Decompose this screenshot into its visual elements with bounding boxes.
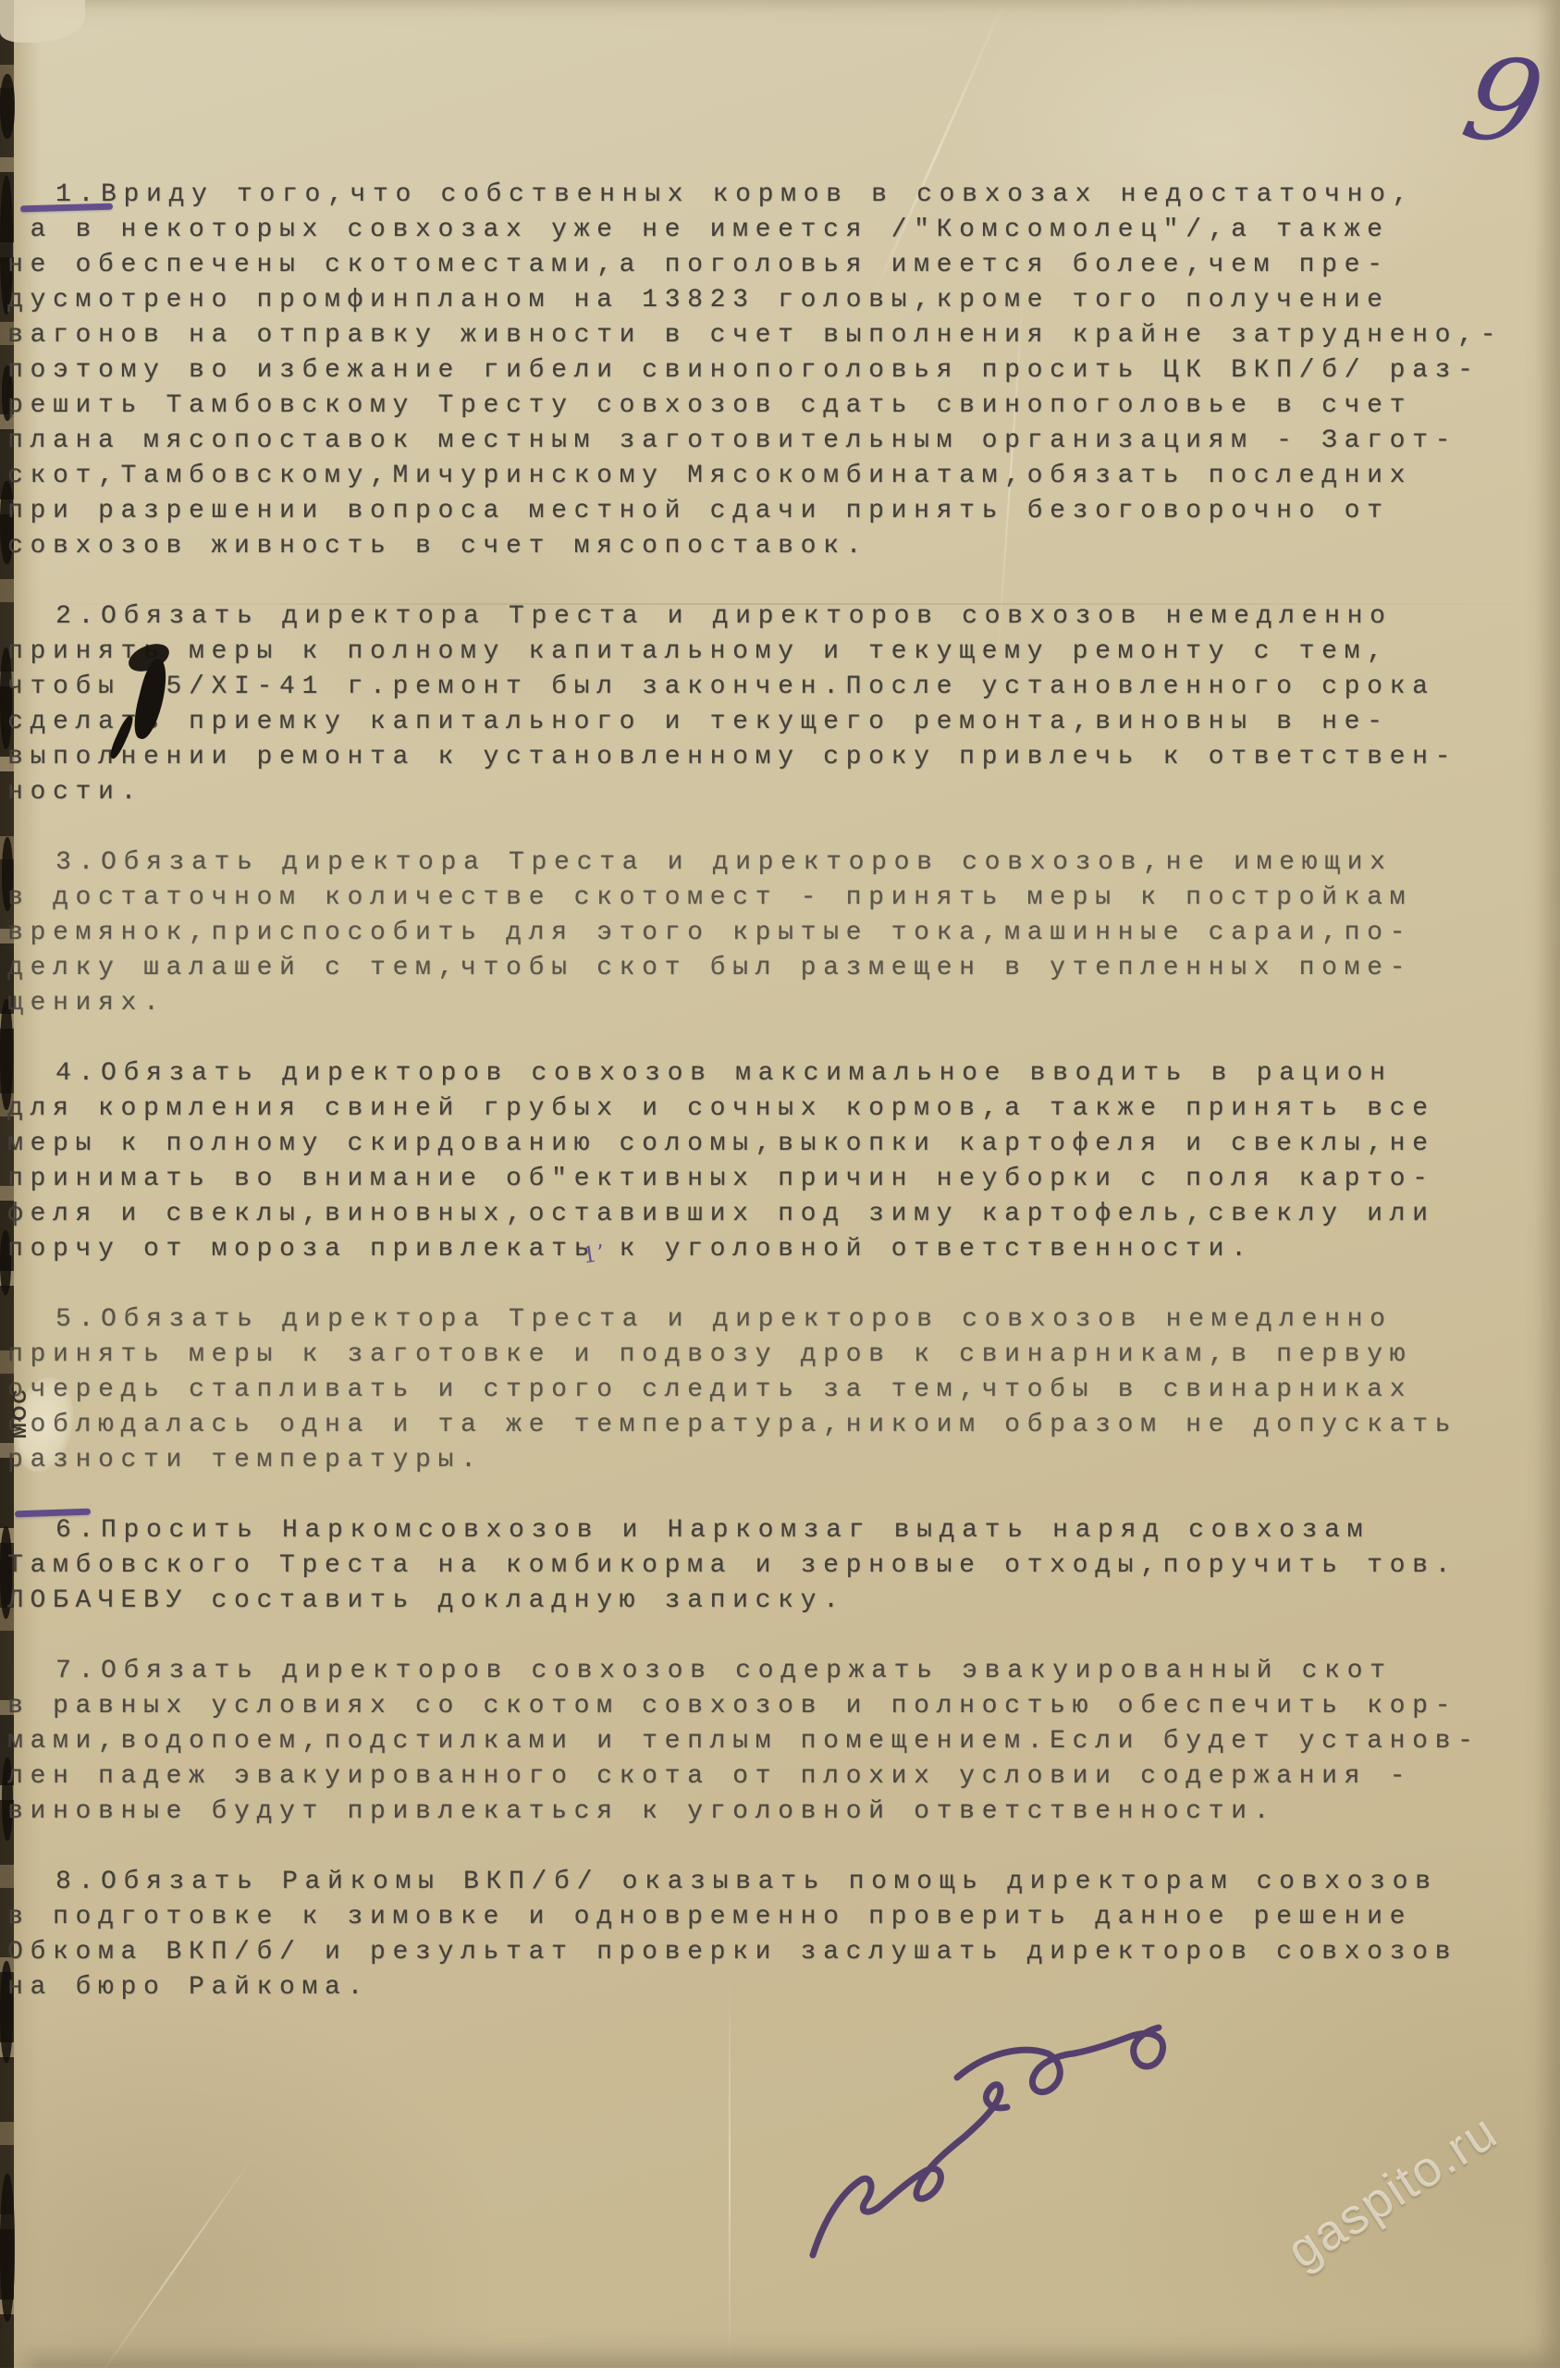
- text-line: вагонов на отправку живности в счет выпо…: [7, 318, 1560, 353]
- text-line: Тамбовского Треста на комбикорма и зерно…: [7, 1548, 1560, 1584]
- text-line: в равных условиях со скотом совхозов и п…: [7, 1689, 1560, 1724]
- text-line: соблюдалась одна и та же температура,ник…: [7, 1408, 1560, 1443]
- paragraph: 8.Обязать Райкомы ВКП/б/ оказывать помощ…: [7, 1865, 1560, 2005]
- text-line: чтобы 25/ХI-41 г.ремонт был закончен.Пос…: [7, 670, 1560, 705]
- stamp-fragment: МОС: [9, 1380, 31, 1447]
- text-line: 3.Обязать директора Треста и директоров …: [7, 845, 1560, 881]
- text-line: совхозов живность в счет мясопоставок.: [7, 529, 1560, 564]
- text-line: ЛОБАЧЕВУ составить докладную записку.: [7, 1584, 1560, 1619]
- text-line: при разрешении вопроса местной сдачи при…: [7, 494, 1560, 529]
- paragraph: 1.Вриду того,что собственных кормов в со…: [7, 178, 1560, 564]
- signature-icon: [800, 2022, 1198, 2272]
- text-line: разности температуры.: [7, 1443, 1560, 1478]
- text-line: а в некоторых совхозах уже не имеется /"…: [7, 213, 1560, 248]
- text-line: скот,Тамбовскому,Мичуринскому Мясокомбин…: [7, 459, 1560, 494]
- page-number: 9: [1452, 32, 1554, 172]
- text-line: щениях.: [7, 986, 1560, 1021]
- document-scan: 1.Вриду того,что собственных кормов в со…: [0, 0, 1560, 2368]
- paragraph: 4.Обязать директоров совхозов максимальн…: [7, 1056, 1560, 1267]
- text-line: меры к полному скирдованию соломы,выкопк…: [7, 1127, 1560, 1162]
- text-line: очередь стапливать и строго следить за т…: [7, 1373, 1560, 1408]
- text-line: виновные будут привлекаться к уголовной …: [7, 1794, 1560, 1830]
- text-line: принять меры к заготовке и подвозу дров …: [7, 1338, 1560, 1373]
- document-text: 1.Вриду того,что собственных кормов в со…: [0, 178, 1560, 2041]
- text-line: 5.Обязать директора Треста и директоров …: [7, 1302, 1560, 1338]
- text-line: порчу от мороза привлекать к уголовной о…: [7, 1232, 1560, 1267]
- binding-blot: [0, 74, 15, 139]
- text-line: принять меры к полному капитальному и те…: [7, 635, 1560, 670]
- paragraph: 5.Обязать директора Треста и директоров …: [7, 1302, 1560, 1478]
- text-line: сделать приемку капитального и текущего …: [7, 705, 1560, 740]
- text-line: в подготовке к зимовке и одновременно пр…: [7, 1900, 1560, 1935]
- text-line: феля и свеклы,виновных,оставивших под зи…: [7, 1197, 1560, 1232]
- text-line: делку шалашей с тем,чтобы скот был разме…: [7, 951, 1560, 986]
- text-line: для кормления свиней грубых и сочных кор…: [7, 1091, 1560, 1127]
- paper-crease: [96, 2152, 257, 2368]
- text-line: дусмотрено промфинпланом на 13823 головы…: [7, 283, 1560, 318]
- text-line: Обкома ВКП/б/ и результат проверки заслу…: [7, 1935, 1560, 1970]
- watermark: gaspito.ru: [1277, 2103, 1507, 2280]
- text-line: плана мясопоставок местным заготовительн…: [7, 424, 1560, 459]
- paragraph: 3.Обязать директора Треста и директоров …: [7, 845, 1560, 1021]
- text-line: 4.Обязать директоров совхозов максимальн…: [7, 1056, 1560, 1091]
- text-line: времянок,приспособить для этого крытые т…: [7, 916, 1560, 951]
- text-line: поэтому во избежание гибели свинопоголов…: [7, 353, 1560, 388]
- margin-tick: 1ʼ: [581, 1240, 606, 1269]
- text-line: мами,водопоем,подстилками и теплым помещ…: [7, 1724, 1560, 1759]
- text-line: 7.Обязать директоров совхозов содержать …: [7, 1654, 1560, 1689]
- text-line: 2.Обязать директора Треста и директоров …: [7, 599, 1560, 635]
- binding-blot: [0, 2174, 15, 2322]
- text-line: 6.Просить Наркомсовхозов и Наркомзаг выд…: [7, 1513, 1560, 1548]
- paper-tear: [0, 0, 85, 43]
- text-line: выполнении ремонта к установленному срок…: [7, 740, 1560, 775]
- text-line: ности.: [7, 775, 1560, 810]
- text-line: не обеспечены скотоместами,а поголовья и…: [7, 248, 1560, 283]
- text-line: 1.Вриду того,что собственных кормов в со…: [7, 178, 1560, 213]
- text-line: в достаточном количестве скотомест - при…: [7, 881, 1560, 916]
- text-line: решить Тамбовскому Тресту совхозов сдать…: [7, 388, 1560, 424]
- text-line: принимать во внимание об"ективных причин…: [7, 1162, 1560, 1197]
- text-line: на бюро Райкома.: [7, 1970, 1560, 2005]
- paragraph: 2.Обязать директора Треста и директоров …: [7, 599, 1560, 810]
- paragraph: 7.Обязать директоров совхозов содержать …: [7, 1654, 1560, 1830]
- text-line: 8.Обязать Райкомы ВКП/б/ оказывать помощ…: [7, 1865, 1560, 1900]
- text-line: лен падеж эвакуированного скота от плохи…: [7, 1759, 1560, 1794]
- paragraph: 6.Просить Наркомсовхозов и Наркомзаг выд…: [7, 1513, 1560, 1619]
